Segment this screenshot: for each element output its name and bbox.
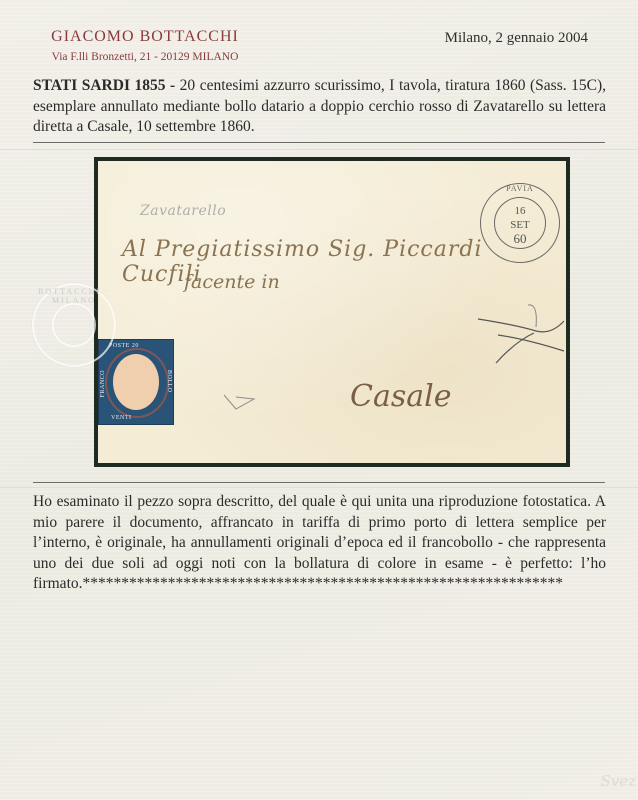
stamp-bottom-text: VENTI <box>111 415 132 421</box>
letterhead: GIACOMO BOTTACCHI Via F.lli Bronzetti, 2… <box>0 28 290 65</box>
destination-city: Casale <box>350 379 451 414</box>
paper-fold <box>0 149 638 151</box>
postmark-icon: PAVIA 16 SET 60 <box>480 183 560 263</box>
postmark-town: PAVIA <box>481 184 559 193</box>
firm-address: Via F.lli Bronzetti, 21 - 20129 MILANO <box>0 49 290 65</box>
firm-name: GIACOMO BOTTACCHI <box>0 28 290 46</box>
pencil-mark-icon <box>222 391 256 411</box>
cross-mark-icon <box>476 301 566 371</box>
red-cancel-icon <box>105 348 169 418</box>
stamp-left-text: FRANCO <box>100 370 106 397</box>
divider-top <box>33 142 605 143</box>
postmark-month: SET <box>495 218 545 232</box>
addressee-subline: facente in <box>184 271 280 293</box>
postal-cover: Zavatarello Al Pregiatissimo Sig. Piccar… <box>98 161 566 463</box>
item-title: STATI SARDI 1855 - <box>33 77 175 94</box>
stamp-top-text: POSTE 20 <box>109 343 139 349</box>
cover-photo-frame: Zavatarello Al Pregiatissimo Sig. Piccar… <box>94 157 570 467</box>
paper-fold-bottom <box>0 487 638 489</box>
postmark-day: 16 <box>495 204 545 218</box>
signature-watermark: Svez <box>600 772 636 790</box>
expert-opinion: Ho esaminato il pezzo sopra descritto, d… <box>33 492 606 595</box>
item-description: STATI SARDI 1855 - 20 centesimi azzurro … <box>33 76 606 138</box>
postmark-year: 60 <box>495 232 545 246</box>
certificate-date: Milano, 2 gennaio 2004 <box>445 30 588 47</box>
stamp-right-text: BOLLO <box>166 370 172 393</box>
pencil-annotation: Zavatarello <box>140 203 226 219</box>
stamp-icon: POSTE 20 VENTI BOLLO FRANCO <box>98 339 174 425</box>
divider-bottom <box>33 482 605 483</box>
seal-center <box>52 303 96 347</box>
embossed-seal-icon: BOTTACCHI · MILANO <box>32 283 116 367</box>
postmark-date: 16 SET 60 <box>494 197 546 249</box>
